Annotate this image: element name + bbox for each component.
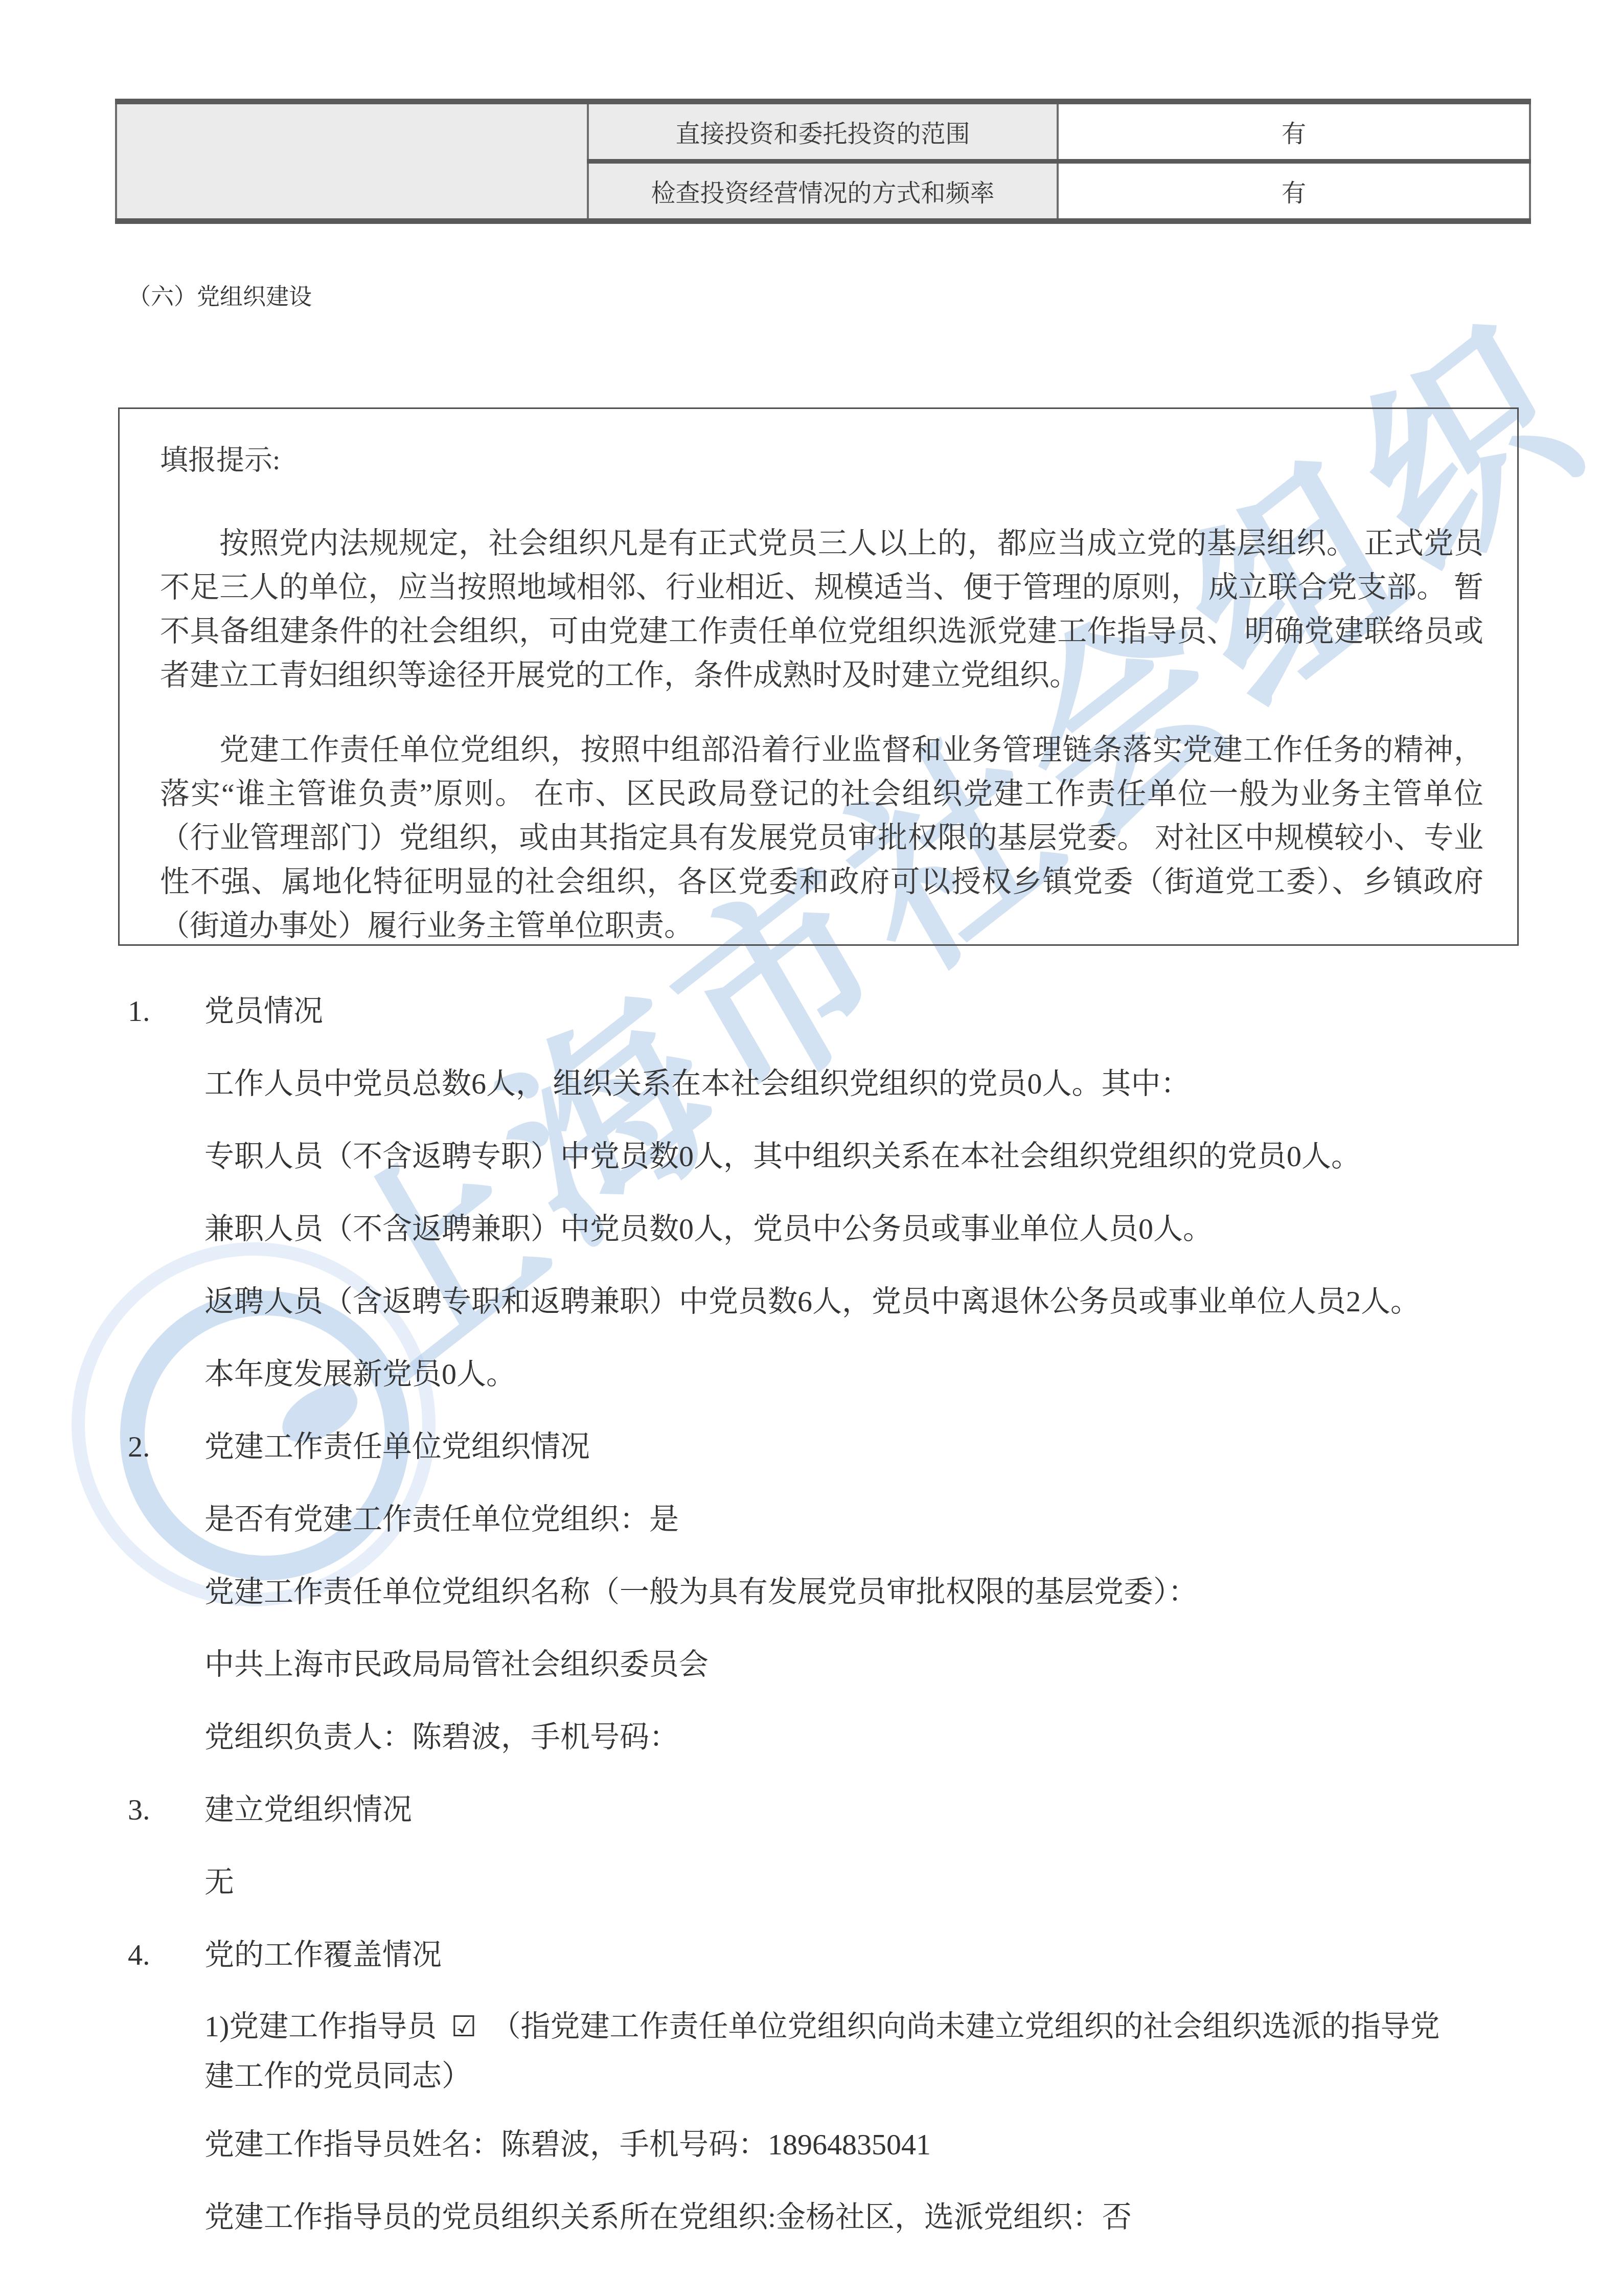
item-number: 2. bbox=[128, 1421, 150, 1472]
item-title: 党员情况 bbox=[204, 986, 1462, 1037]
item-title: 党的工作覆盖情况 bbox=[204, 1929, 1462, 1981]
item-line: 党组织负责人：陈碧波，手机号码： bbox=[204, 1712, 1462, 1763]
item-title: 党建工作责任单位党组织情况 bbox=[204, 1421, 1462, 1472]
item-line-prefix: 1)党建工作指导员 bbox=[204, 2010, 437, 2043]
list-item-1: 1. 党员情况 工作人员中党员总数6人， 组织关系在本社会组织党组织的党员0人。… bbox=[128, 986, 1622, 1400]
notice-title: 填报提示: bbox=[160, 445, 1483, 475]
section-heading: （六）党组织建设 bbox=[128, 283, 1622, 311]
table-value-cell: 有 bbox=[1058, 102, 1530, 162]
item-line: 返聘人员（含返聘专职和返聘兼职）中党员数6人，党员中离退休公务员或事业单位人员2… bbox=[204, 1276, 1462, 1327]
list-item-2: 2. 党建工作责任单位党组织情况 是否有党建工作责任单位党组织：是 党建工作责任… bbox=[128, 1421, 1622, 1763]
notice-paragraph-2: 党建工作责任单位党组织，按照中组部沿着行业监督和业务管理链条落实党建工作任务的精… bbox=[160, 728, 1483, 946]
table-row: 直接投资和委托投资的范围 有 bbox=[116, 102, 1530, 162]
item-line: 无 bbox=[204, 1857, 1462, 1908]
list-item-3: 3. 建立党组织情况 无 bbox=[128, 1784, 1622, 1908]
notice-box: 填报提示: 按照党内法规规定，社会组织凡是有正式党员三人以上的，都应当成立党的基… bbox=[118, 407, 1519, 946]
item-number: 1. bbox=[128, 986, 150, 1037]
item-line: 兼职人员（不含返聘兼职）中党员数0人，党员中公务员或事业单位人员0人。 bbox=[204, 1203, 1462, 1255]
list-item-4: 4. 党的工作覆盖情况 1)党建工作指导员☑（指党建工作责任单位党组织向尚未建立… bbox=[128, 1929, 1622, 2243]
table-value-cell: 有 bbox=[1058, 162, 1530, 221]
item-number: 4. bbox=[128, 1929, 150, 1981]
table-label-cell: 检查投资经营情况的方式和频率 bbox=[588, 162, 1058, 221]
table-label-cell: 直接投资和委托投资的范围 bbox=[588, 102, 1058, 162]
item-title: 建立党组织情况 bbox=[204, 1784, 1462, 1835]
checked-checkbox-icon: ☑ bbox=[451, 2003, 476, 2052]
investment-table: 直接投资和委托投资的范围 有 检查投资经营情况的方式和频率 有 bbox=[115, 99, 1531, 224]
item-line: 党建工作指导员的党员组织关系所在党组织:金杨社区，选派党组织：否 bbox=[204, 2192, 1462, 2243]
item-line: 专职人员（不含返聘专职）中党员数0人，其中组织关系在本社会组织党组织的党员0人。 bbox=[204, 1131, 1462, 1182]
item-line: 工作人员中党员总数6人， 组织关系在本社会组织党组织的党员0人。其中： bbox=[204, 1058, 1462, 1109]
item-list: 1. 党员情况 工作人员中党员总数6人， 组织关系在本社会组织党组织的党员0人。… bbox=[0, 986, 1622, 2243]
notice-paragraph-1: 按照党内法规规定，社会组织凡是有正式党员三人以上的，都应当成立党的基层组织。 正… bbox=[160, 521, 1483, 697]
item-line: 是否有党建工作责任单位党组织：是 bbox=[204, 1494, 1462, 1545]
table-empty-cell bbox=[116, 102, 588, 221]
item-line: 中共上海市民政局局管社会组织委员会 bbox=[204, 1639, 1462, 1690]
item-line-with-checkbox: 1)党建工作指导员☑（指党建工作责任单位党组织向尚未建立党组织的社会组织选派的指… bbox=[204, 2002, 1452, 2101]
item-line: 党建工作责任单位党组织名称（一般为具有发展党员审批权限的基层党委）： bbox=[204, 1566, 1462, 1618]
document-page: 上海市社会组织 直接投资和委托投资的范围 有 检查投资经营情况的方式和频率 有 … bbox=[0, 0, 1622, 2296]
item-line: 本年度发展新党员0人。 bbox=[204, 1349, 1462, 1400]
item-number: 3. bbox=[128, 1784, 150, 1835]
item-line: 党建工作指导员姓名：陈碧波，手机号码：18964835041 bbox=[204, 2119, 1462, 2170]
